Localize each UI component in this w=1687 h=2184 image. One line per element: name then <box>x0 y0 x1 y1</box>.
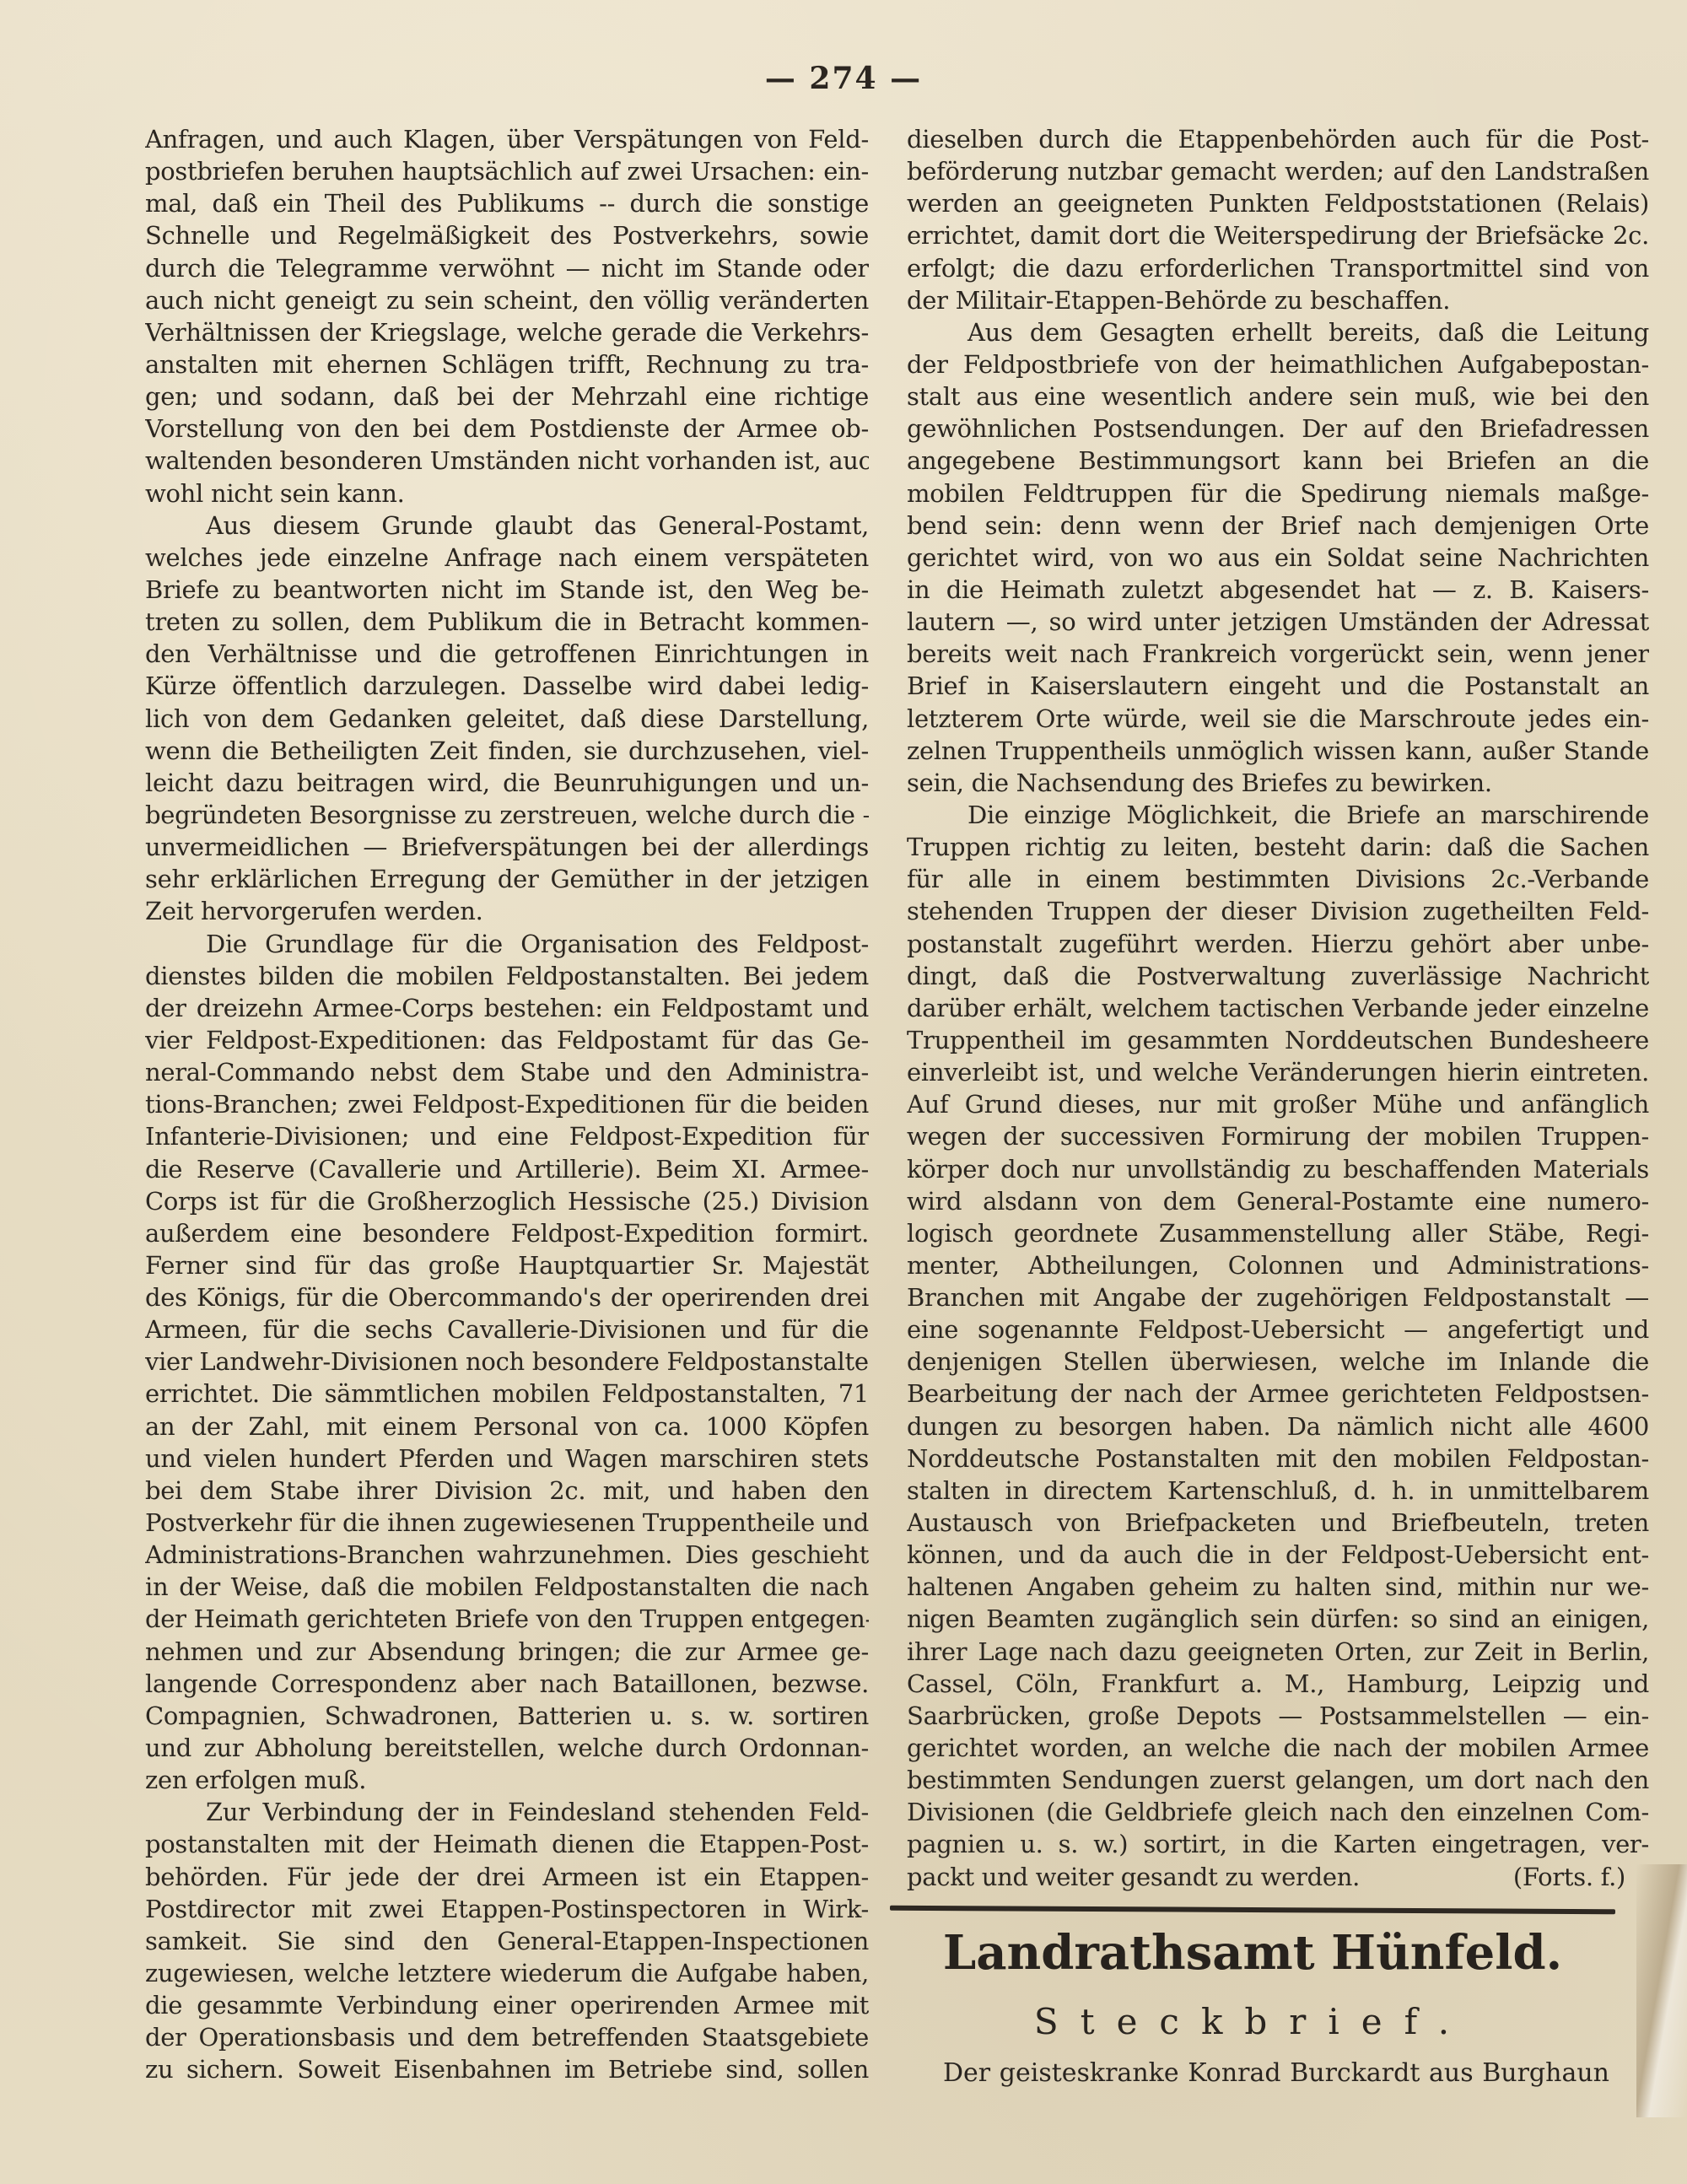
text-line: Aus dem Gesagten erhellt bereits, daß di… <box>907 316 1649 348</box>
text-line: dienstes bilden die mobilen Feldpostanst… <box>145 960 869 992</box>
text-line: in die Heimath zuletzt abgesendet hat — … <box>907 574 1649 606</box>
text-line: gerichtet wird, von wo aus ein Soldat se… <box>907 542 1649 574</box>
text-line: Die Grundlage für die Organisation des F… <box>145 928 869 960</box>
text-line: anstalten mit ehernen Schlägen trifft, R… <box>145 348 869 380</box>
text-line: Norddeutsche Postanstalten mit den mobil… <box>907 1443 1649 1475</box>
right-column: dieselben durch die Etappenbehörden auch… <box>907 123 1649 1893</box>
text-line: gen; und sodann, daß bei der Mehrzahl ei… <box>145 380 869 413</box>
text-line: Auf Grund dieses, nur mit großer Mühe un… <box>907 1088 1649 1120</box>
text-line: Brief in Kaiserslautern eingeht und die … <box>907 670 1649 702</box>
text-line: stalt aus eine wesentlich andere sein mu… <box>907 380 1649 413</box>
text-line: Administrations-Branchen wahrzunehmen. D… <box>145 1539 869 1571</box>
text-line: beförderung nutzbar gemacht werden; auf … <box>907 155 1649 187</box>
page-number: — 274 — <box>0 61 1687 96</box>
text-line: logisch geordnete Zusammenstellung aller… <box>907 1217 1649 1249</box>
text-line: werden an geeigneten Punkten Feldpoststa… <box>907 187 1649 219</box>
text-line: Saarbrücken, große Depots — Postsammelst… <box>907 1700 1649 1732</box>
text-line: waltenden besonderen Umständen nicht vor… <box>145 445 869 477</box>
text-line: der Militair-Etappen-Behörde zu beschaff… <box>907 284 1649 316</box>
closing-line: packt und weiter gesandt zu werden. (For… <box>907 1861 1649 1893</box>
text-line: Cassel, Cöln, Frankfurt a. M., Hamburg, … <box>907 1668 1649 1700</box>
text-line: lautern —, so wird unter jetzigen Umstän… <box>907 606 1649 638</box>
text-line: nigen Beamten zugänglich sein dürfen: so… <box>907 1603 1649 1635</box>
text-line: gerichtet worden, an welche die nach der… <box>907 1732 1649 1764</box>
text-line: der Operationsbasis und dem betreffenden… <box>145 2021 869 2053</box>
text-line: Die einzige Möglichkeit, die Briefe an m… <box>907 799 1649 831</box>
text-line: die Reserve (Cavallerie und Artillerie).… <box>145 1153 869 1185</box>
text-line: an der Zahl, mit einem Personal von ca. … <box>145 1410 869 1443</box>
text-line: bestimmten Sendungen zuerst gelangen, um… <box>907 1764 1649 1796</box>
text-line: dieselben durch die Etappenbehörden auch… <box>907 123 1649 155</box>
text-line: errichtet, damit dort die Weiterspedirun… <box>907 219 1649 251</box>
text-line: tions-Branchen; zwei Feldpost-Expedition… <box>145 1088 869 1120</box>
notice-text-line: Der geisteskranke Konrad Burckardt aus B… <box>943 2058 1609 2088</box>
text-line: der dreizehn Armee-Corps bestehen: ein F… <box>145 992 869 1024</box>
text-line: durch die Telegramme verwöhnt — nicht im… <box>145 252 869 284</box>
text-line: wegen der successiven Formirung der mobi… <box>907 1120 1649 1152</box>
section-divider <box>890 1906 1615 1915</box>
text-line: menter, Abtheilungen, Colonnen und Admin… <box>907 1249 1649 1281</box>
text-line: bend sein: denn wenn der Brief nach demj… <box>907 510 1649 542</box>
text-line: errichtet. Die sämmtlichen mobilen Feldp… <box>145 1378 869 1410</box>
text-line: den Verhältnisse und die getroffenen Ein… <box>145 638 869 670</box>
text-line: Schnelle und Regelmäßigkeit des Postverk… <box>145 219 869 251</box>
text-line: Compagnien, Schwadronen, Batterien u. s.… <box>145 1700 869 1732</box>
text-line: sein, die Nachsendung des Briefes zu bew… <box>907 767 1649 799</box>
text-line: postanstalten mit der Heimath dienen die… <box>145 1828 869 1860</box>
left-column: Anfragen, und auch Klagen, über Verspätu… <box>145 123 869 2086</box>
text-line: pagnien u. s. w.) sortirt, in die Karten… <box>907 1828 1649 1860</box>
text-line: postbriefen beruhen hauptsächlich auf zw… <box>145 155 869 187</box>
text-line: außerdem eine besondere Feldpost-Expedit… <box>145 1217 869 1249</box>
text-line: nehmen und zur Absendung bringen; die zu… <box>145 1636 869 1668</box>
text-line: und zur Abholung bereitstellen, welche d… <box>145 1732 869 1764</box>
text-line: vier Landwehr-Divisionen noch besondere … <box>145 1345 869 1378</box>
text-line: begründeten Besorgnisse zu zerstreuen, w… <box>145 799 869 831</box>
text-line: eine sogenannte Feldpost-Uebersicht — an… <box>907 1313 1649 1345</box>
notice-subtitle: Steckbrief. <box>890 2001 1615 2042</box>
text-line: Postdirector mit zwei Etappen-Postinspec… <box>145 1893 869 1925</box>
text-line: Verhältnissen der Kriegslage, welche ger… <box>145 316 869 348</box>
text-line: der Feldpostbriefe von der heimathlichen… <box>907 348 1649 380</box>
text-line: samkeit. Sie sind den General-Etappen-In… <box>145 1925 869 1957</box>
text-line: und vielen hundert Pferden und Wagen mar… <box>145 1443 869 1475</box>
text-line: mal, daß ein Theil des Publikums -- durc… <box>145 187 869 219</box>
text-line: angegebene Bestimmungsort kann bei Brief… <box>907 445 1649 477</box>
text-line: erfolgt; die dazu erforderlichen Transpo… <box>907 252 1649 284</box>
text-line: postanstalt zugeführt werden. Hierzu geh… <box>907 928 1649 960</box>
text-line: bereits weit nach Frankreich vorgerückt … <box>907 638 1649 670</box>
text-line: vier Feldpost-Expeditionen: das Feldpost… <box>145 1024 869 1056</box>
text-line: zen erfolgen muß. <box>145 1764 869 1796</box>
text-line: Kürze öffentlich darzulegen. Dasselbe wi… <box>145 670 869 702</box>
text-line: langende Correspondenz aber nach Bataill… <box>145 1668 869 1700</box>
text-line: stehenden Truppen der dieser Division zu… <box>907 895 1649 927</box>
text-line: auch nicht geneigt zu sein scheint, den … <box>145 284 869 316</box>
text-line: treten zu sollen, dem Publikum die in Be… <box>145 606 869 638</box>
text-line: bei dem Stabe ihrer Division 2c. mit, un… <box>145 1475 869 1507</box>
text-line: mobilen Feldtruppen für die Spedirung ni… <box>907 477 1649 510</box>
text-line: der Heimath gerichteten Briefe von den T… <box>145 1603 869 1635</box>
text-line: Truppen richtig zu leiten, besteht darin… <box>907 831 1649 863</box>
text-line: neral-Commando nebst dem Stabe und den A… <box>145 1056 869 1088</box>
text-line: stalten in directem Kartenschluß, d. h. … <box>907 1475 1649 1507</box>
text-line: wird alsdann von dem General-Postamte ei… <box>907 1185 1649 1217</box>
text-line: welches jede einzelne Anfrage nach einem… <box>145 542 869 574</box>
text-line: behörden. Für jede der drei Armeen ist e… <box>145 1861 869 1893</box>
text-line: Briefe zu beantworten nicht im Stande is… <box>145 574 869 606</box>
text-line: leicht dazu beitragen wird, die Beunruhi… <box>145 767 869 799</box>
text-line: Armeen, für die sechs Cavallerie-Divisio… <box>145 1313 869 1345</box>
text-line: Anfragen, und auch Klagen, über Verspätu… <box>145 123 869 155</box>
text-line: Divisionen (die Geldbriefe gleich nach d… <box>907 1796 1649 1828</box>
text-line: körper doch nur unvollständig zu beschaf… <box>907 1153 1649 1185</box>
text-line: des Königs, für die Obercommando's der o… <box>145 1281 869 1313</box>
text-line: Zeit hervorgerufen werden. <box>145 895 869 927</box>
continuation-note: (Forts. f.) <box>1513 1861 1625 1893</box>
newspaper-page: — 274 — Anfragen, und auch Klagen, über … <box>0 0 1687 2184</box>
text-line: letzterem Orte würde, weil sie die Marsc… <box>907 703 1649 735</box>
text-line: Ferner sind für das große Hauptquartier … <box>145 1249 869 1281</box>
text-line: unvermeidlichen — Briefverspätungen bei … <box>145 831 869 863</box>
text-line: einverleibt ist, und welche Veränderunge… <box>907 1056 1649 1088</box>
text-line: zugewiesen, welche letztere wiederum die… <box>145 1957 869 1989</box>
text-line: Corps ist für die Großherzoglich Hessisc… <box>145 1185 869 1217</box>
text-line: Austausch von Briefpacketen und Briefbeu… <box>907 1507 1649 1539</box>
paper-tear <box>1636 1864 1687 2117</box>
text-line: lich von dem Gedanken geleitet, daß dies… <box>145 703 869 735</box>
right-column-lines: dieselben durch die Etappenbehörden auch… <box>907 123 1649 1861</box>
text-line: denjenigen Stellen überwiesen, welche im… <box>907 1345 1649 1378</box>
text-line: Bearbeitung der nach der Armee gerichtet… <box>907 1378 1649 1410</box>
text-line: können, und da auch die in der Feldpost-… <box>907 1539 1649 1571</box>
text-line: die gesammte Verbindung einer operirende… <box>145 1989 869 2021</box>
text-line: dingt, daß die Postverwaltung zuverlässi… <box>907 960 1649 992</box>
text-line: wenn die Betheiligten Zeit finden, sie d… <box>145 735 869 767</box>
text-line: zu sichern. Soweit Eisenbahnen im Betrie… <box>145 2053 869 2085</box>
text-line: wohl nicht sein kann. <box>145 477 869 510</box>
text-line: Vorstellung von den bei dem Postdienste … <box>145 413 869 445</box>
text-line: Zur Verbindung der in Feindesland stehen… <box>145 1796 869 1828</box>
text-line: Branchen mit Angabe der zugehörigen Feld… <box>907 1281 1649 1313</box>
text-line: haltenen Angaben geheim zu halten sind, … <box>907 1571 1649 1603</box>
text-line: Aus diesem Grunde glaubt das General-Pos… <box>145 510 869 542</box>
text-line: ihrer Lage nach dazu geeigneten Orten, z… <box>907 1636 1649 1668</box>
text-line: Truppentheil im gesammten Norddeutschen … <box>907 1024 1649 1056</box>
closing-text: packt und weiter gesandt zu werden. <box>907 1863 1360 1891</box>
text-line: darüber erhält, welchem tactischen Verba… <box>907 992 1649 1024</box>
text-line: Postverkehr für die ihnen zugewiesenen T… <box>145 1507 869 1539</box>
text-line: für alle in einem bestimmten Divisions 2… <box>907 863 1649 895</box>
text-line: in der Weise, daß die mobilen Feldpostan… <box>145 1571 869 1603</box>
text-line: Infanterie-Divisionen; und eine Feldpost… <box>145 1120 869 1152</box>
text-line: zelnen Truppentheils unmöglich wissen ka… <box>907 735 1649 767</box>
text-line: dungen zu besorgen haben. Da nämlich nic… <box>907 1410 1649 1443</box>
notice-title: Landrathsamt Hünfeld. <box>890 1925 1615 1981</box>
text-line: gewöhnlichen Postsendungen. Der auf den … <box>907 413 1649 445</box>
text-line: sehr erklärlichen Erregung der Gemüther … <box>145 863 869 895</box>
